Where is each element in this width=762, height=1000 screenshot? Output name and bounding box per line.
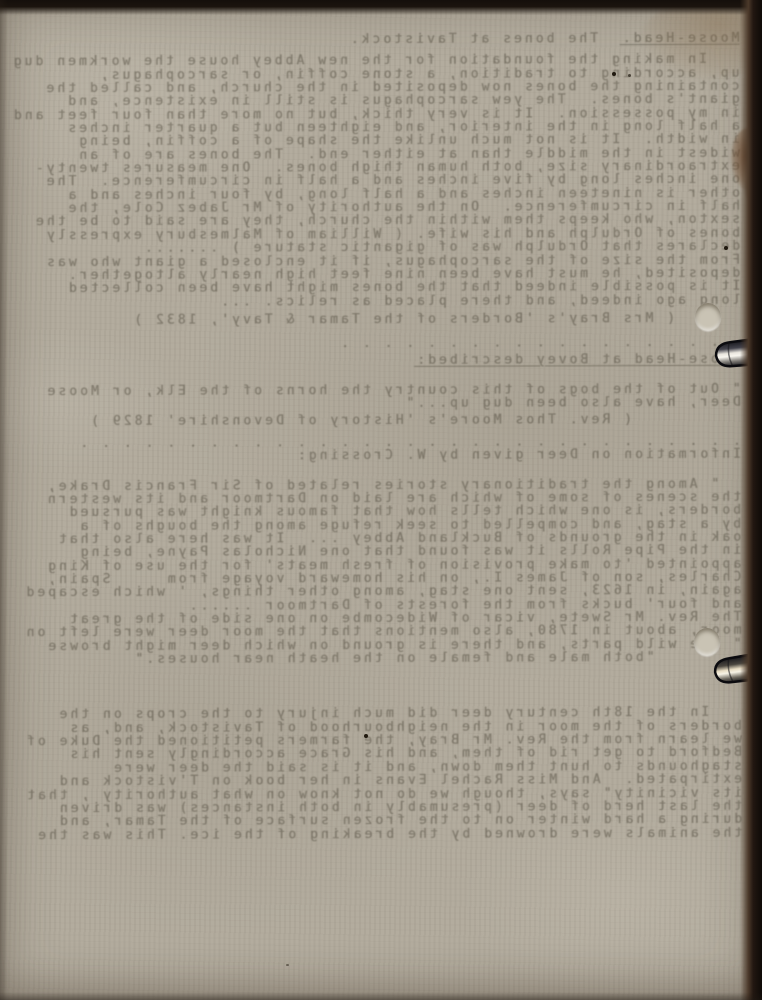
page-edge-left xyxy=(0,0,8,1000)
text-line: ( Rev. Thos Moore's 'History of Devonshi… xyxy=(21,412,741,428)
ink-speck-icon xyxy=(628,74,631,77)
text-line: the animals were drowned by the breaking… xyxy=(22,826,742,842)
ink-speck-icon xyxy=(364,734,368,738)
ink-speck-icon xyxy=(612,72,616,76)
punch-hole-icon xyxy=(695,303,721,331)
text-line: ( Mrs Bray's 'Borders of the Tamar & Tav… xyxy=(21,312,741,328)
page-edge-top xyxy=(0,0,762,15)
page-edge-bottom xyxy=(0,992,762,1000)
section-heading: Moose-Head. The bones at Tavistock. xyxy=(20,32,740,48)
heading-underlined: Moose-Head at Bovey described: xyxy=(414,351,740,367)
ink-speck-icon xyxy=(286,964,289,966)
document-page-photo: Moose-Head. The bones at Tavistock. In m… xyxy=(0,0,762,1000)
text-line: . . . . . . . . . . . . . . . . . . . xyxy=(21,336,741,352)
page-edge-right xyxy=(740,0,762,1000)
spacer xyxy=(22,664,742,709)
typewritten-text-mirrored: Moose-Head. The bones at Tavistock. In m… xyxy=(20,32,743,842)
ink-speck-icon xyxy=(724,246,728,250)
section-heading: Moose-Head at Bovey described: xyxy=(21,352,741,368)
